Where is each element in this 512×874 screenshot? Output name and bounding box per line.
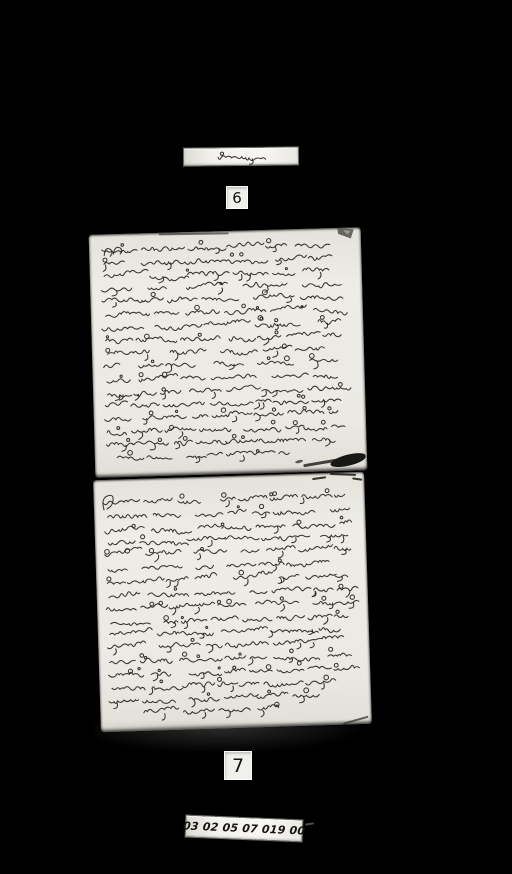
photo-stage: 6 7 03 02 05 07 019 00: [0, 0, 512, 874]
plate-number-6-text: 6: [232, 189, 242, 207]
plate-number-7-text: 7: [232, 755, 244, 777]
page-shadow: [95, 724, 371, 754]
handwritten-title: [184, 147, 298, 165]
title-slip: [183, 146, 299, 166]
plate-number-7: 7: [224, 751, 252, 780]
plate-number-6: 6: [226, 186, 248, 209]
handwriting-page-7: [93, 472, 372, 732]
archive-code-text: 03 02 05 07 019 00: [182, 819, 306, 837]
stray-mark: [305, 822, 314, 825]
archive-code-slip: 03 02 05 07 019 00: [185, 815, 304, 843]
handwriting-page-6: [89, 227, 368, 477]
manuscript-page-6: [89, 227, 368, 477]
manuscript-page-7: [93, 472, 372, 732]
